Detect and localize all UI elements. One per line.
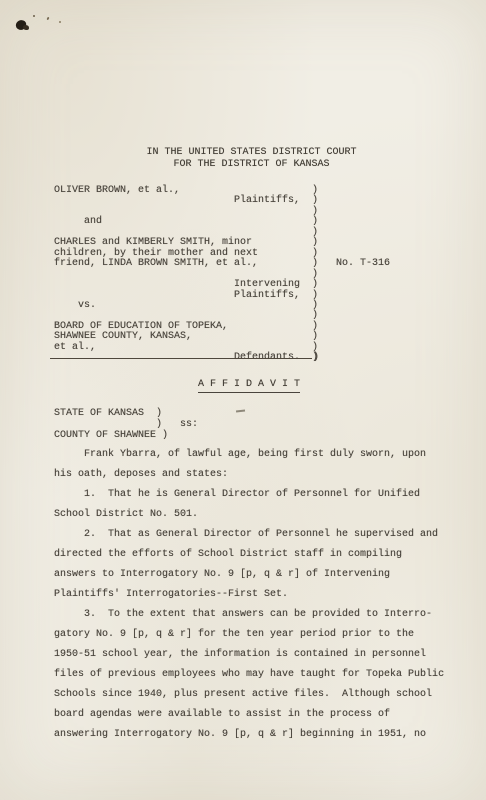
paragraph-1: 1. That he is General Director of Person… bbox=[54, 485, 444, 525]
paragraph-3: 3. To the extent that answers can be pro… bbox=[54, 605, 444, 745]
caption-rule-paren: ) bbox=[313, 353, 319, 363]
court-header-line1: IN THE UNITED STATES DISTRICT COURT bbox=[54, 147, 449, 159]
court-header-line2: FOR THE DISTRICT OF KANSAS bbox=[54, 159, 449, 171]
court-header: IN THE UNITED STATES DISTRICT COURT FOR … bbox=[54, 147, 449, 170]
ink-blot-mark bbox=[12, 8, 76, 42]
affidavit-body: Frank Ybarra, of lawful age, being first… bbox=[54, 445, 444, 745]
paragraph-2: 2. That as General Director of Personnel… bbox=[54, 525, 444, 605]
pencil-dash-mark bbox=[236, 410, 245, 412]
affidavit-page: IN THE UNITED STATES DISTRICT COURT FOR … bbox=[0, 0, 486, 800]
case-caption: OLIVER BROWN, et al., ) Plaintiffs, ) ) … bbox=[54, 186, 390, 364]
caption-rule bbox=[50, 358, 312, 359]
affidavit-title-text: A F F I D A V I T bbox=[198, 379, 300, 393]
intro-paragraph: Frank Ybarra, of lawful age, being first… bbox=[54, 445, 444, 485]
venue-block: STATE OF KANSAS ) ) ss: COUNTY OF SHAWNE… bbox=[54, 409, 198, 441]
affidavit-title: A F F I D A V I T bbox=[54, 379, 444, 393]
